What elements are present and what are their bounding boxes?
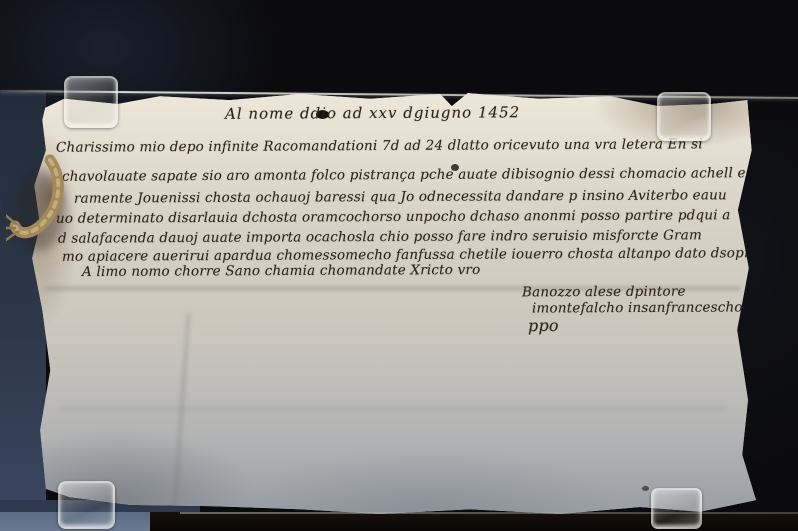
letter-body-line: d salafacenda dauoj auate importa ocacho… — [58, 227, 702, 246]
letter-signature-place: imontefalcho insanfrancescho — [532, 299, 743, 316]
glass-pane-bottom-edge — [180, 512, 798, 514]
letter-heading-date: Al nome ddio ad xxv dgiugno 1452 — [225, 103, 520, 123]
ink-blot — [642, 486, 649, 491]
fold-crease-horizontal-2 — [59, 408, 727, 410]
mounting-clip-bottom-right — [651, 488, 702, 529]
letter-body-line: A limo nomo chorre Sano chamia chomandat… — [82, 262, 480, 280]
letter-body-line: Charissimo mio depo infinite Racomandati… — [56, 136, 703, 155]
mounting-clip-top-left — [64, 76, 118, 128]
letter-signature-flourish: ppo — [528, 316, 559, 335]
mounting-clip-bottom-left — [58, 481, 115, 529]
letter-body-line: chavolauate sapate sio aro amonta folco … — [62, 165, 746, 185]
seal-cord — [6, 152, 84, 262]
manuscript-letter: Al nome ddio ad xxv dgiugno 1452 Chariss… — [30, 88, 756, 520]
letter-body-line: uo determinato disarlauia dchosta oramco… — [56, 207, 731, 227]
fold-crease-vertical — [173, 313, 190, 511]
letter-signature-name: Banozzo alese dpintore — [522, 284, 686, 301]
mounting-clip-top-right — [657, 92, 711, 141]
letter-body-line: ramente Jouenissi chosta ochauoj baressi… — [74, 187, 727, 206]
museum-photo: Al nome ddio ad xxv dgiugno 1452 Chariss… — [0, 0, 798, 531]
